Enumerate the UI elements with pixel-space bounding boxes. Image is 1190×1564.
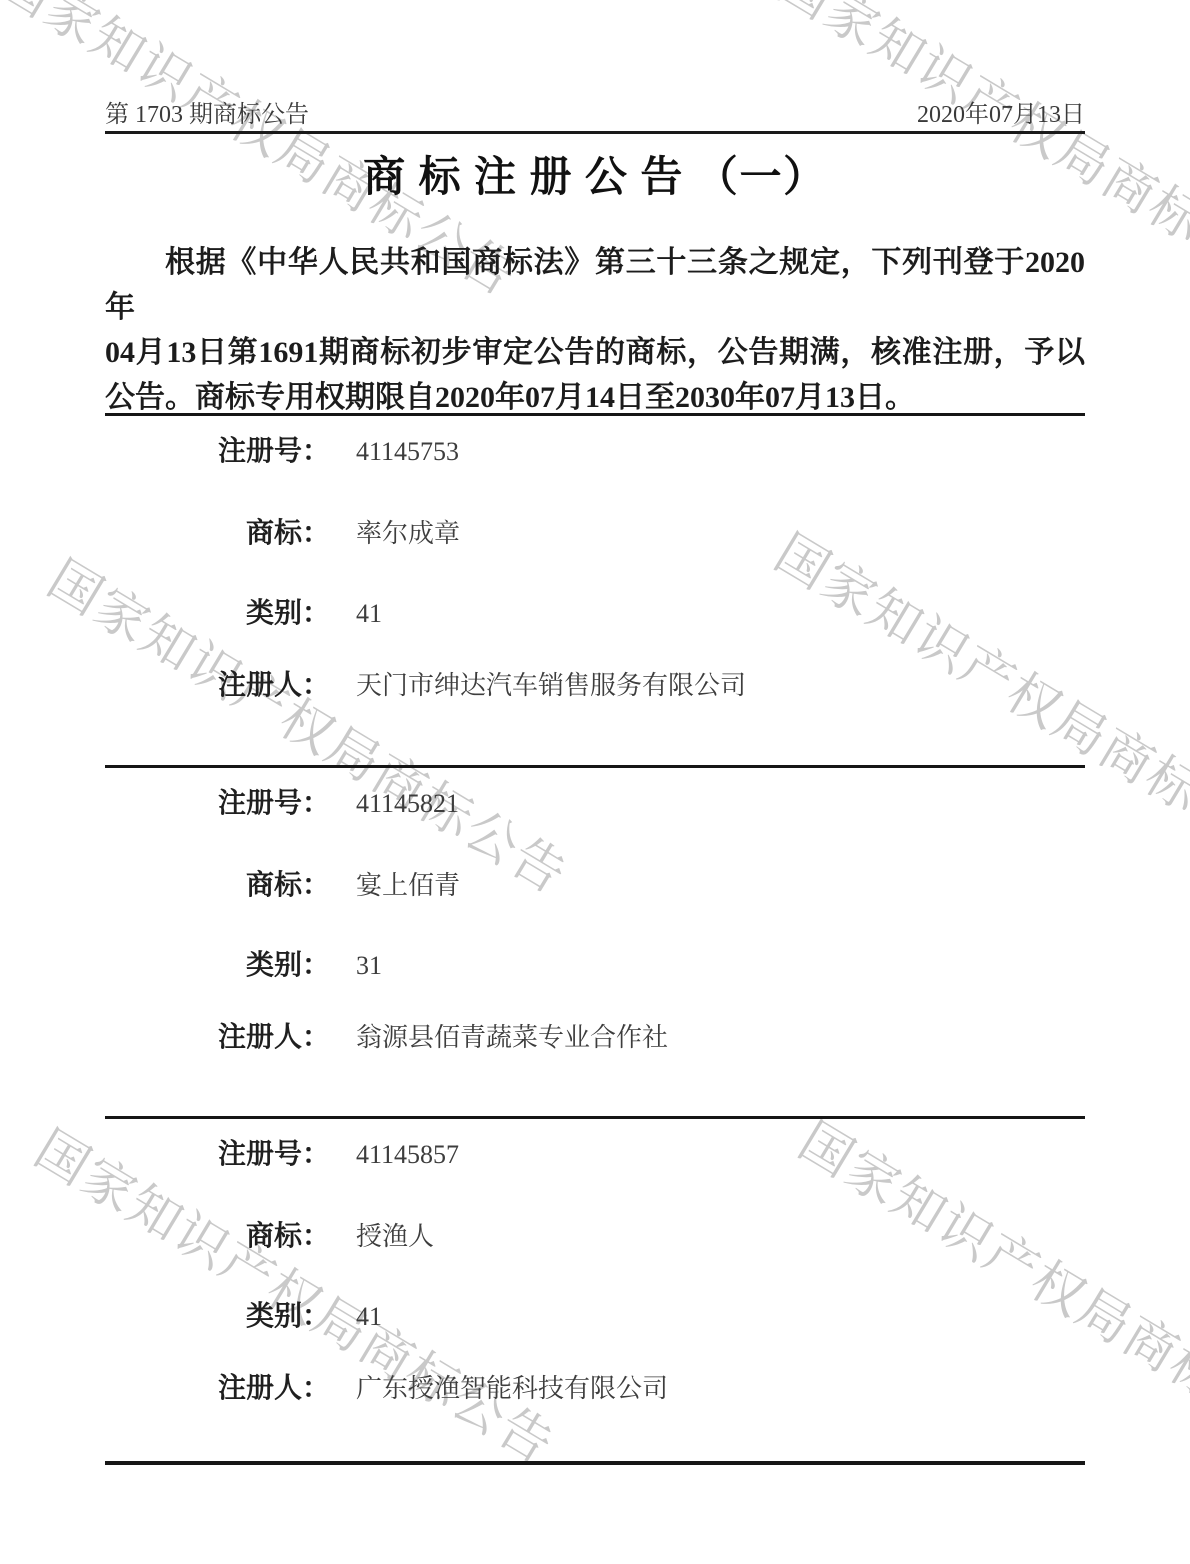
category-value: 41 [356,599,382,628]
trademark-label: 商标： [105,863,330,903]
field-row-trademark: 商标：授渔人 [105,1214,434,1254]
trademark-label: 商标： [105,511,330,551]
category-value: 31 [356,951,382,980]
field-row-category: 类别：41 [105,1294,382,1334]
page-title-suffix: （一） [696,155,827,201]
reg-no-value: 41145821 [356,789,459,818]
category-label: 类别： [105,1294,330,1334]
record-divider [105,413,1085,416]
gazette-page: 国家知识产权局商标公告 国家知识产权局商标公告 国家知识产权局商标公告 国家知识… [0,0,1190,1564]
trademark-value: 授渔人 [356,1222,434,1251]
reg-no-label: 注册号： [105,1132,330,1172]
category-label: 类别： [105,591,330,631]
trademark-label: 商标： [105,1214,330,1254]
field-row-trademark: 商标：宴上佰青 [105,863,460,903]
trademark-record-3: 注册号：41145857 商标：授渔人 类别：41 注册人：广东授渔智能科技有限… [105,1116,1085,1467]
field-row-category: 类别：31 [105,943,382,983]
field-row-reg-no: 注册号：41145753 [105,429,459,469]
record-divider [105,1116,1085,1119]
field-row-category: 类别：41 [105,591,382,631]
publish-date: 2020年07月13日 [917,94,1085,129]
reg-no-label: 注册号： [105,429,330,469]
reg-no-value: 41145857 [356,1140,459,1169]
issue-number: 第 1703 期商标公告 [105,94,309,129]
field-row-registrant: 注册人：广东授渔智能科技有限公司 [105,1366,668,1406]
category-value: 41 [356,1302,382,1331]
page-title-main: 商标注册公告 [363,155,696,201]
registrant-value: 翁源县佰青蔬菜专业合作社 [356,1023,668,1052]
header-divider [105,131,1085,134]
intro-line-1: 根据《中华人民共和国商标法》第三十三条之规定，下列刊登于2020年 [105,240,1085,330]
registrant-label: 注册人： [105,1015,330,1055]
page-title: 商标注册公告（一） [0,144,1190,204]
intro-paragraph: 根据《中华人民共和国商标法》第三十三条之规定，下列刊登于2020年 04月13日… [105,240,1085,420]
intro-line-2: 04月13日第1691期商标初步审定公告的商标，公告期满，核准注册，予以 [105,330,1085,375]
field-row-trademark: 商标：率尔成章 [105,511,460,551]
trademark-value: 率尔成章 [356,519,460,548]
reg-no-label: 注册号： [105,781,330,821]
trademark-record-1: 注册号：41145753 商标：率尔成章 类别：41 注册人：天门市绅达汽车销售… [105,413,1085,764]
bottom-divider [105,1461,1085,1465]
category-label: 类别： [105,943,330,983]
field-row-registrant: 注册人：翁源县佰青蔬菜专业合作社 [105,1015,668,1055]
field-row-registrant: 注册人：天门市绅达汽车销售服务有限公司 [105,663,746,703]
registrant-label: 注册人： [105,663,330,703]
field-row-reg-no: 注册号：41145857 [105,1132,459,1172]
registrant-value: 天门市绅达汽车销售服务有限公司 [356,671,746,700]
trademark-value: 宴上佰青 [356,871,460,900]
registrant-value: 广东授渔智能科技有限公司 [356,1374,668,1403]
registrant-label: 注册人： [105,1366,330,1406]
reg-no-value: 41145753 [356,437,459,466]
record-divider [105,765,1085,768]
trademark-record-2: 注册号：41145821 商标：宴上佰青 类别：31 注册人：翁源县佰青蔬菜专业… [105,765,1085,1116]
field-row-reg-no: 注册号：41145821 [105,781,459,821]
